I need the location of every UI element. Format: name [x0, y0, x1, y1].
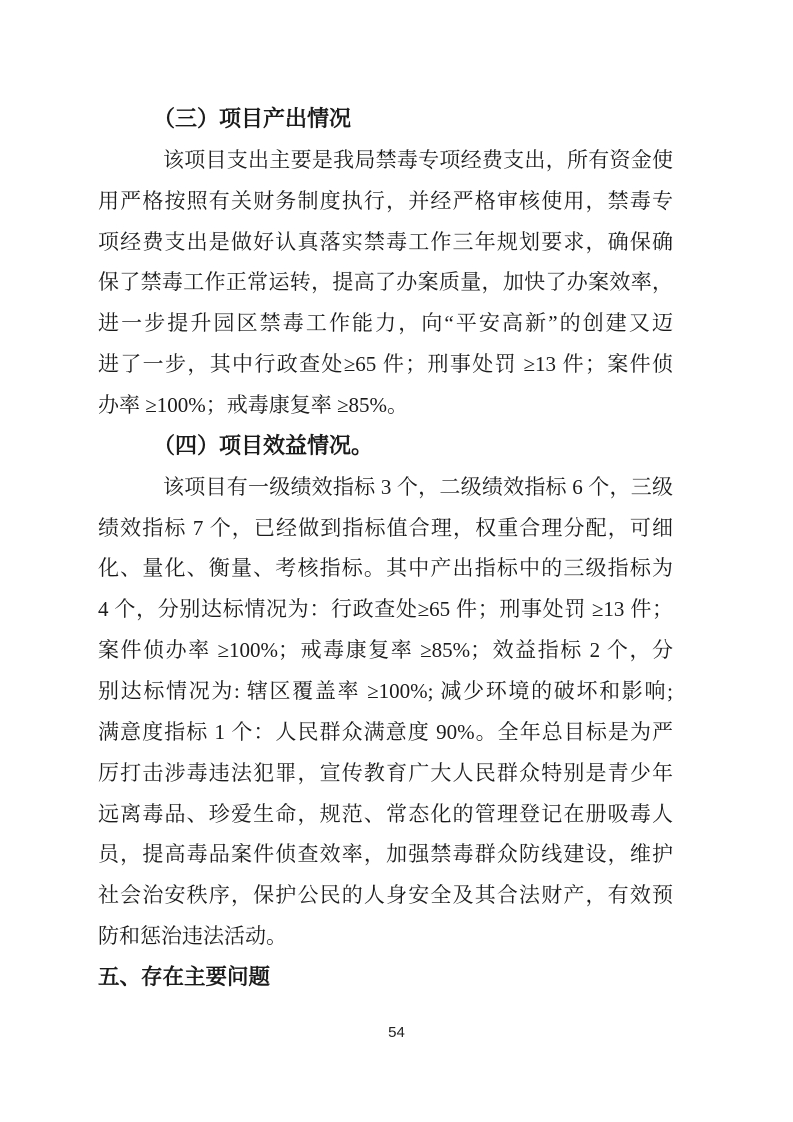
text-line: 别达标情况为: 辖区覆盖率 ≥100%; 减少环境的破坏和影响;	[98, 671, 673, 712]
text-line: 该项目支出主要是我局禁毒专项经费支出，所有资金使	[98, 140, 673, 181]
text-line: 防和惩治违法活动。	[98, 916, 673, 957]
text-line: 满意度指标 1 个：人民群众满意度 90%。全年总目标是为严	[98, 712, 673, 753]
text-line: 员，提高毒品案件侦查效率，加强禁毒群众防线建设，维护	[98, 834, 673, 875]
page-number: 54	[0, 1024, 793, 1041]
text-line: 4 个，分别达标情况为：行政查处≥65 件；刑事处罚 ≥13 件；	[98, 589, 673, 630]
text-line: 进了一步，其中行政查处≥65 件；刑事处罚 ≥13 件；案件侦	[98, 344, 673, 385]
section-heading-project-benefit: （四）项目效益情况。	[98, 426, 673, 467]
text-line: 办率 ≥100%；戒毒康复率 ≥85%。	[98, 385, 673, 426]
text-line: 用严格按照有关财务制度执行，并经严格审核使用，禁毒专	[98, 181, 673, 222]
text-line: 绩效指标 7 个，已经做到指标值合理，权重合理分配，可细	[98, 508, 673, 549]
document-body: （三）项目产出情况 该项目支出主要是我局禁毒专项经费支出，所有资金使 用严格按照…	[98, 99, 673, 998]
text-line: 化、量化、衡量、考核指标。其中产出指标中的三级指标为	[98, 548, 673, 589]
text-line: 保了禁毒工作正常运转，提高了办案质量，加快了办案效率，	[98, 262, 673, 303]
text-line: 远离毒品、珍爱生命，规范、常态化的管理登记在册吸毒人	[98, 794, 673, 835]
text-line: 该项目有一级绩效指标 3 个，二级绩效指标 6 个，三级	[98, 467, 673, 508]
text-line: 厉打击涉毒违法犯罪，宣传教育广大人民群众特别是青少年	[98, 753, 673, 794]
text-line: 进一步提升园区禁毒工作能力，向“平安高新”的创建又迈	[98, 303, 673, 344]
section-heading-main-problems: 五、存在主要问题	[98, 957, 673, 998]
text-line: 社会治安秩序，保护公民的人身安全及其合法财产，有效预	[98, 875, 673, 916]
section-heading-project-output: （三）项目产出情况	[98, 99, 673, 140]
text-line: 案件侦办率 ≥100%；戒毒康复率 ≥85%；效益指标 2 个，分	[98, 630, 673, 671]
text-line: 项经费支出是做好认真落实禁毒工作三年规划要求，确保确	[98, 222, 673, 263]
document-page: （三）项目产出情况 该项目支出主要是我局禁毒专项经费支出，所有资金使 用严格按照…	[0, 0, 793, 1122]
